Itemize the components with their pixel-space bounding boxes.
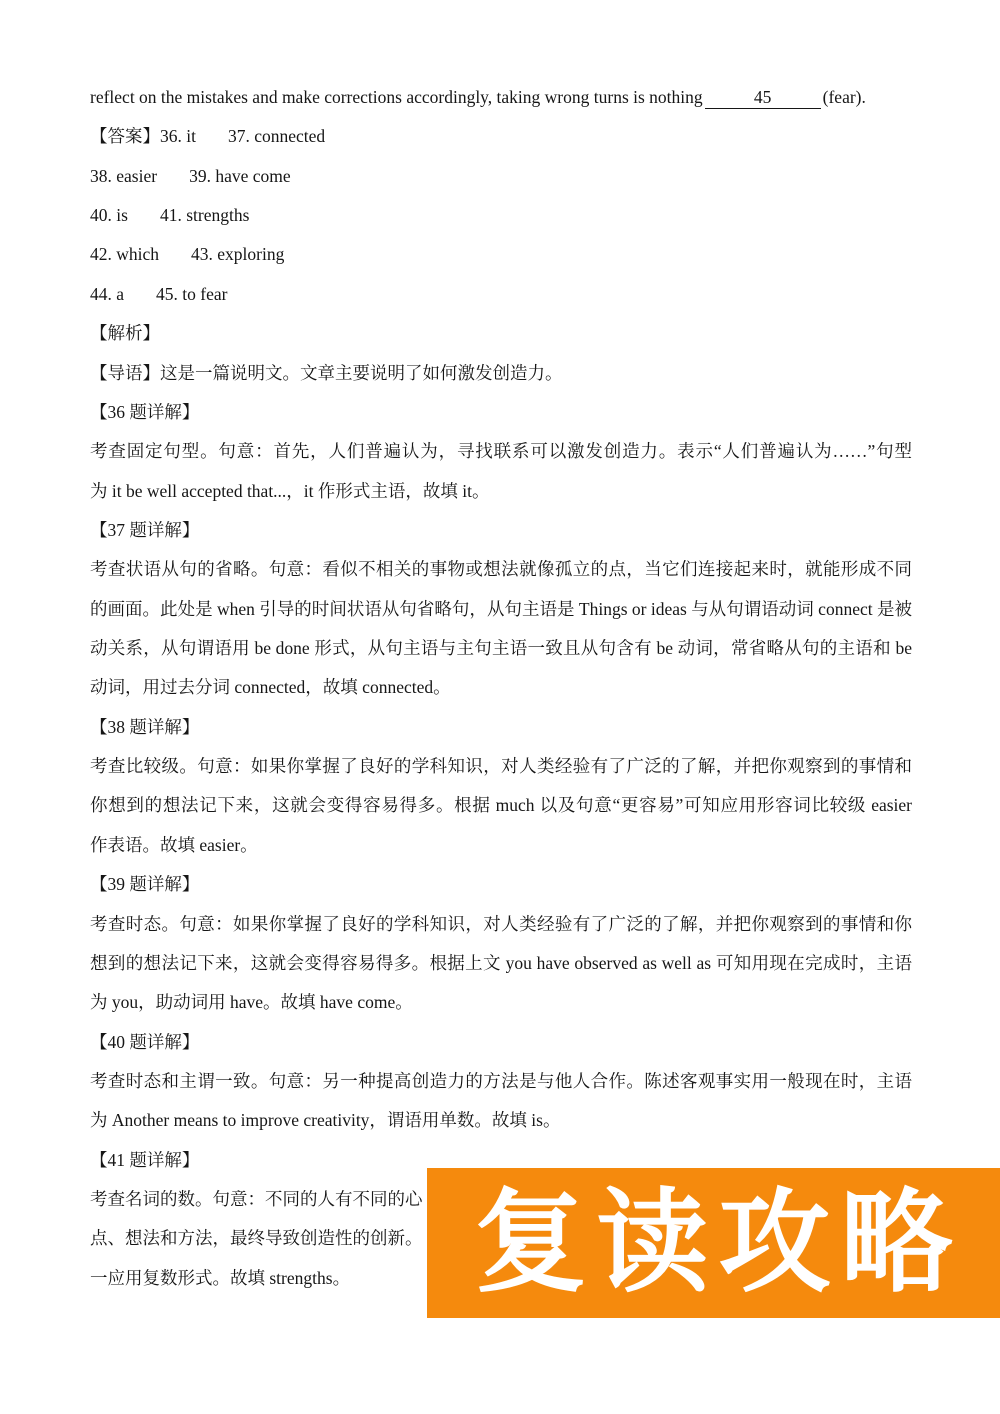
answer-42: 42. which (90, 235, 159, 274)
section-39-title: 【39 题详解】 (90, 865, 912, 904)
document-content: reflect on the mistakes and make correct… (90, 78, 912, 1298)
section-36-title: 【36 题详解】 (90, 393, 912, 432)
answer-44: 44. a (90, 275, 124, 314)
answer-key-row-5: 44. a45. to fear (90, 275, 912, 314)
answer-45: 45. to fear (156, 275, 227, 314)
section-39-line-2: 想到的想法记下来，这就会变得容易得多。根据上文 you have observe… (90, 944, 912, 983)
answer-41: 41. strengths (160, 196, 249, 235)
blank-number: 45 (754, 87, 772, 107)
section-39-line-3: 为 you，助动词用 have。故填 have come。 (90, 983, 912, 1022)
section-36-line-2: 为 it be well accepted that...，it 作形式主语，故… (90, 472, 912, 511)
banner-text: 复读攻略 (475, 1187, 963, 1299)
answer-36: 【答案】36. it (90, 117, 196, 156)
passage-line: reflect on the mistakes and make correct… (90, 78, 912, 117)
fill-blank-45: 45 (705, 86, 821, 109)
answer-40: 40. is (90, 196, 128, 235)
section-38-line-3: 作表语。故填 easier。 (90, 826, 912, 865)
section-37-line-4: 动词，用过去分词 connected，故填 connected。 (90, 668, 912, 707)
answer-43: 43. exploring (191, 235, 284, 274)
passage-text-pre: reflect on the mistakes and make correct… (90, 87, 703, 107)
section-40-line-2: 为 Another means to improve creativity，谓语… (90, 1101, 912, 1140)
section-40-line-1: 考查时态和主谓一致。句意：另一种提高创造力的方法是与他人合作。陈述客观事实用一般… (90, 1062, 912, 1101)
answer-38: 38. easier (90, 157, 157, 196)
passage-text-post: (fear). (823, 87, 866, 107)
analysis-label: 【解析】 (90, 314, 912, 353)
section-37-line-3: 动关系，从句谓语用 be done 形式，从句主语与主句主语一致且从句含有 be… (90, 629, 912, 668)
section-38-line-2: 你想到的想法记下来，这就会变得容易得多。根据 much 以及句意“更容易”可知应… (90, 786, 912, 825)
section-38-line-1: 考查比较级。句意：如果你掌握了良好的学科知识，对人类经验有了广泛的了解，并把你观… (90, 747, 912, 786)
section-37-title: 【37 题详解】 (90, 511, 912, 550)
section-40-title: 【40 题详解】 (90, 1023, 912, 1062)
answer-key-row-4: 42. which43. exploring (90, 235, 912, 274)
answer-key-row-1: 【答案】36. it37. connected (90, 117, 912, 156)
answer-key-row-2: 38. easier39. have come (90, 157, 912, 196)
section-39-line-1: 考查时态。句意：如果你掌握了良好的学科知识，对人类经验有了广泛的了解，并把你观察… (90, 905, 912, 944)
answer-37: 37. connected (228, 117, 325, 156)
section-38-title: 【38 题详解】 (90, 708, 912, 747)
section-37-line-2: 的画面。此处是 when 引导的时间状语从句省略句，从句主语是 Things o… (90, 590, 912, 629)
fudu-gonglue-banner: 复读攻略 (427, 1168, 1000, 1318)
answer-39: 39. have come (189, 157, 291, 196)
lead-in-line: 【导语】这是一篇说明文。文章主要说明了如何激发创造力。 (90, 354, 912, 393)
section-36-line-1: 考查固定句型。句意：首先，人们普遍认为，寻找联系可以激发创造力。表示“人们普遍认… (90, 432, 912, 471)
document-page: reflect on the mistakes and make correct… (0, 0, 1000, 1414)
section-37-line-1: 考查状语从句的省略。句意：看似不相关的事物或想法就像孤立的点，当它们连接起来时，… (90, 550, 912, 589)
answer-key-row-3: 40. is41. strengths (90, 196, 912, 235)
